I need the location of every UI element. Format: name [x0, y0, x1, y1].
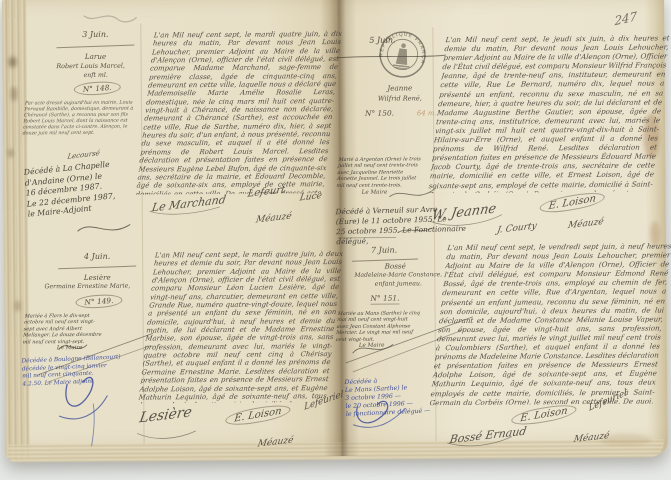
flourish-strokes	[0, 0, 671, 480]
scanned-register-photo: 247 3 Juin. Larue Robert Louis Marcel, e…	[0, 0, 671, 480]
photo-tilt-wrapper: 247 3 Juin. Larue Robert Louis Marcel, e…	[0, 0, 671, 480]
